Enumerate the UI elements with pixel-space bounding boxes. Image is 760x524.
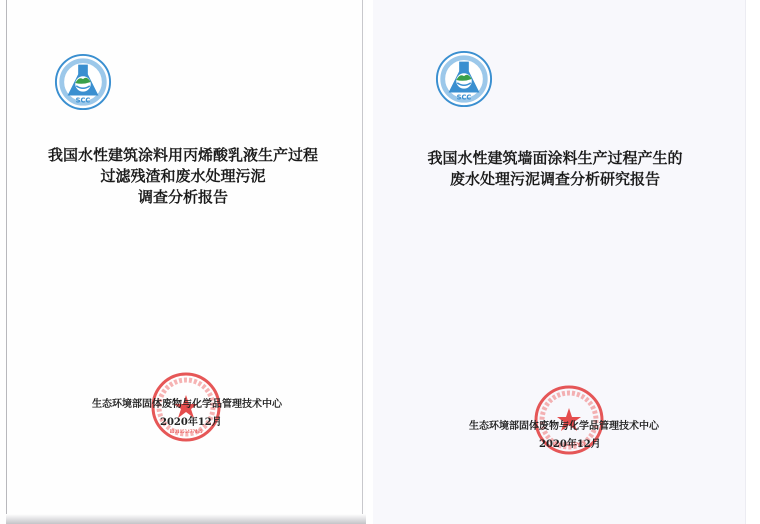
- title-line: 过滤残渣和废水处理污泥: [0, 166, 366, 187]
- scc-logo-icon: SCC: [435, 50, 493, 108]
- report-title: 我国水性建筑涂料用丙烯酸乳液生产过程 过滤残渣和废水处理污泥 调查分析报告: [0, 145, 366, 208]
- page-edge: [362, 0, 363, 524]
- issue-date: 2020年12月: [539, 435, 601, 450]
- title-line: 我国水性建筑涂料用丙烯酸乳液生产过程: [0, 145, 366, 166]
- title-line: 我国水性建筑墙面涂料生产过程产生的: [385, 148, 725, 169]
- page-edge: [745, 0, 746, 524]
- page-edge: [6, 0, 7, 514]
- svg-text:SCC: SCC: [457, 93, 472, 101]
- left-report-cover: SCC 我国水性建筑涂料用丙烯酸乳液生产过程 过滤残渣和废水处理污泥 调查分析报…: [0, 0, 366, 524]
- issue-date: 2020年12月: [160, 413, 222, 428]
- issuing-organization: 生态环境部固体废物与化学品管理技术中心: [92, 395, 282, 410]
- page-edge-shadow: [6, 514, 366, 524]
- title-line: 调查分析报告: [0, 187, 366, 208]
- svg-text:SCC: SCC: [76, 96, 91, 104]
- right-report-cover: SCC 我国水性建筑墙面涂料生产过程产生的 废水处理污泥调查分析研究报告 110…: [373, 0, 746, 524]
- svg-text:1101051477485: 1101051477485: [169, 429, 203, 434]
- scc-logo-icon: SCC: [54, 53, 112, 111]
- issuing-organization: 生态环境部固体废物与化学品管理技术中心: [469, 417, 659, 432]
- report-title: 我国水性建筑墙面涂料生产过程产生的 废水处理污泥调查分析研究报告: [385, 148, 725, 190]
- title-line: 废水处理污泥调查分析研究报告: [385, 169, 725, 190]
